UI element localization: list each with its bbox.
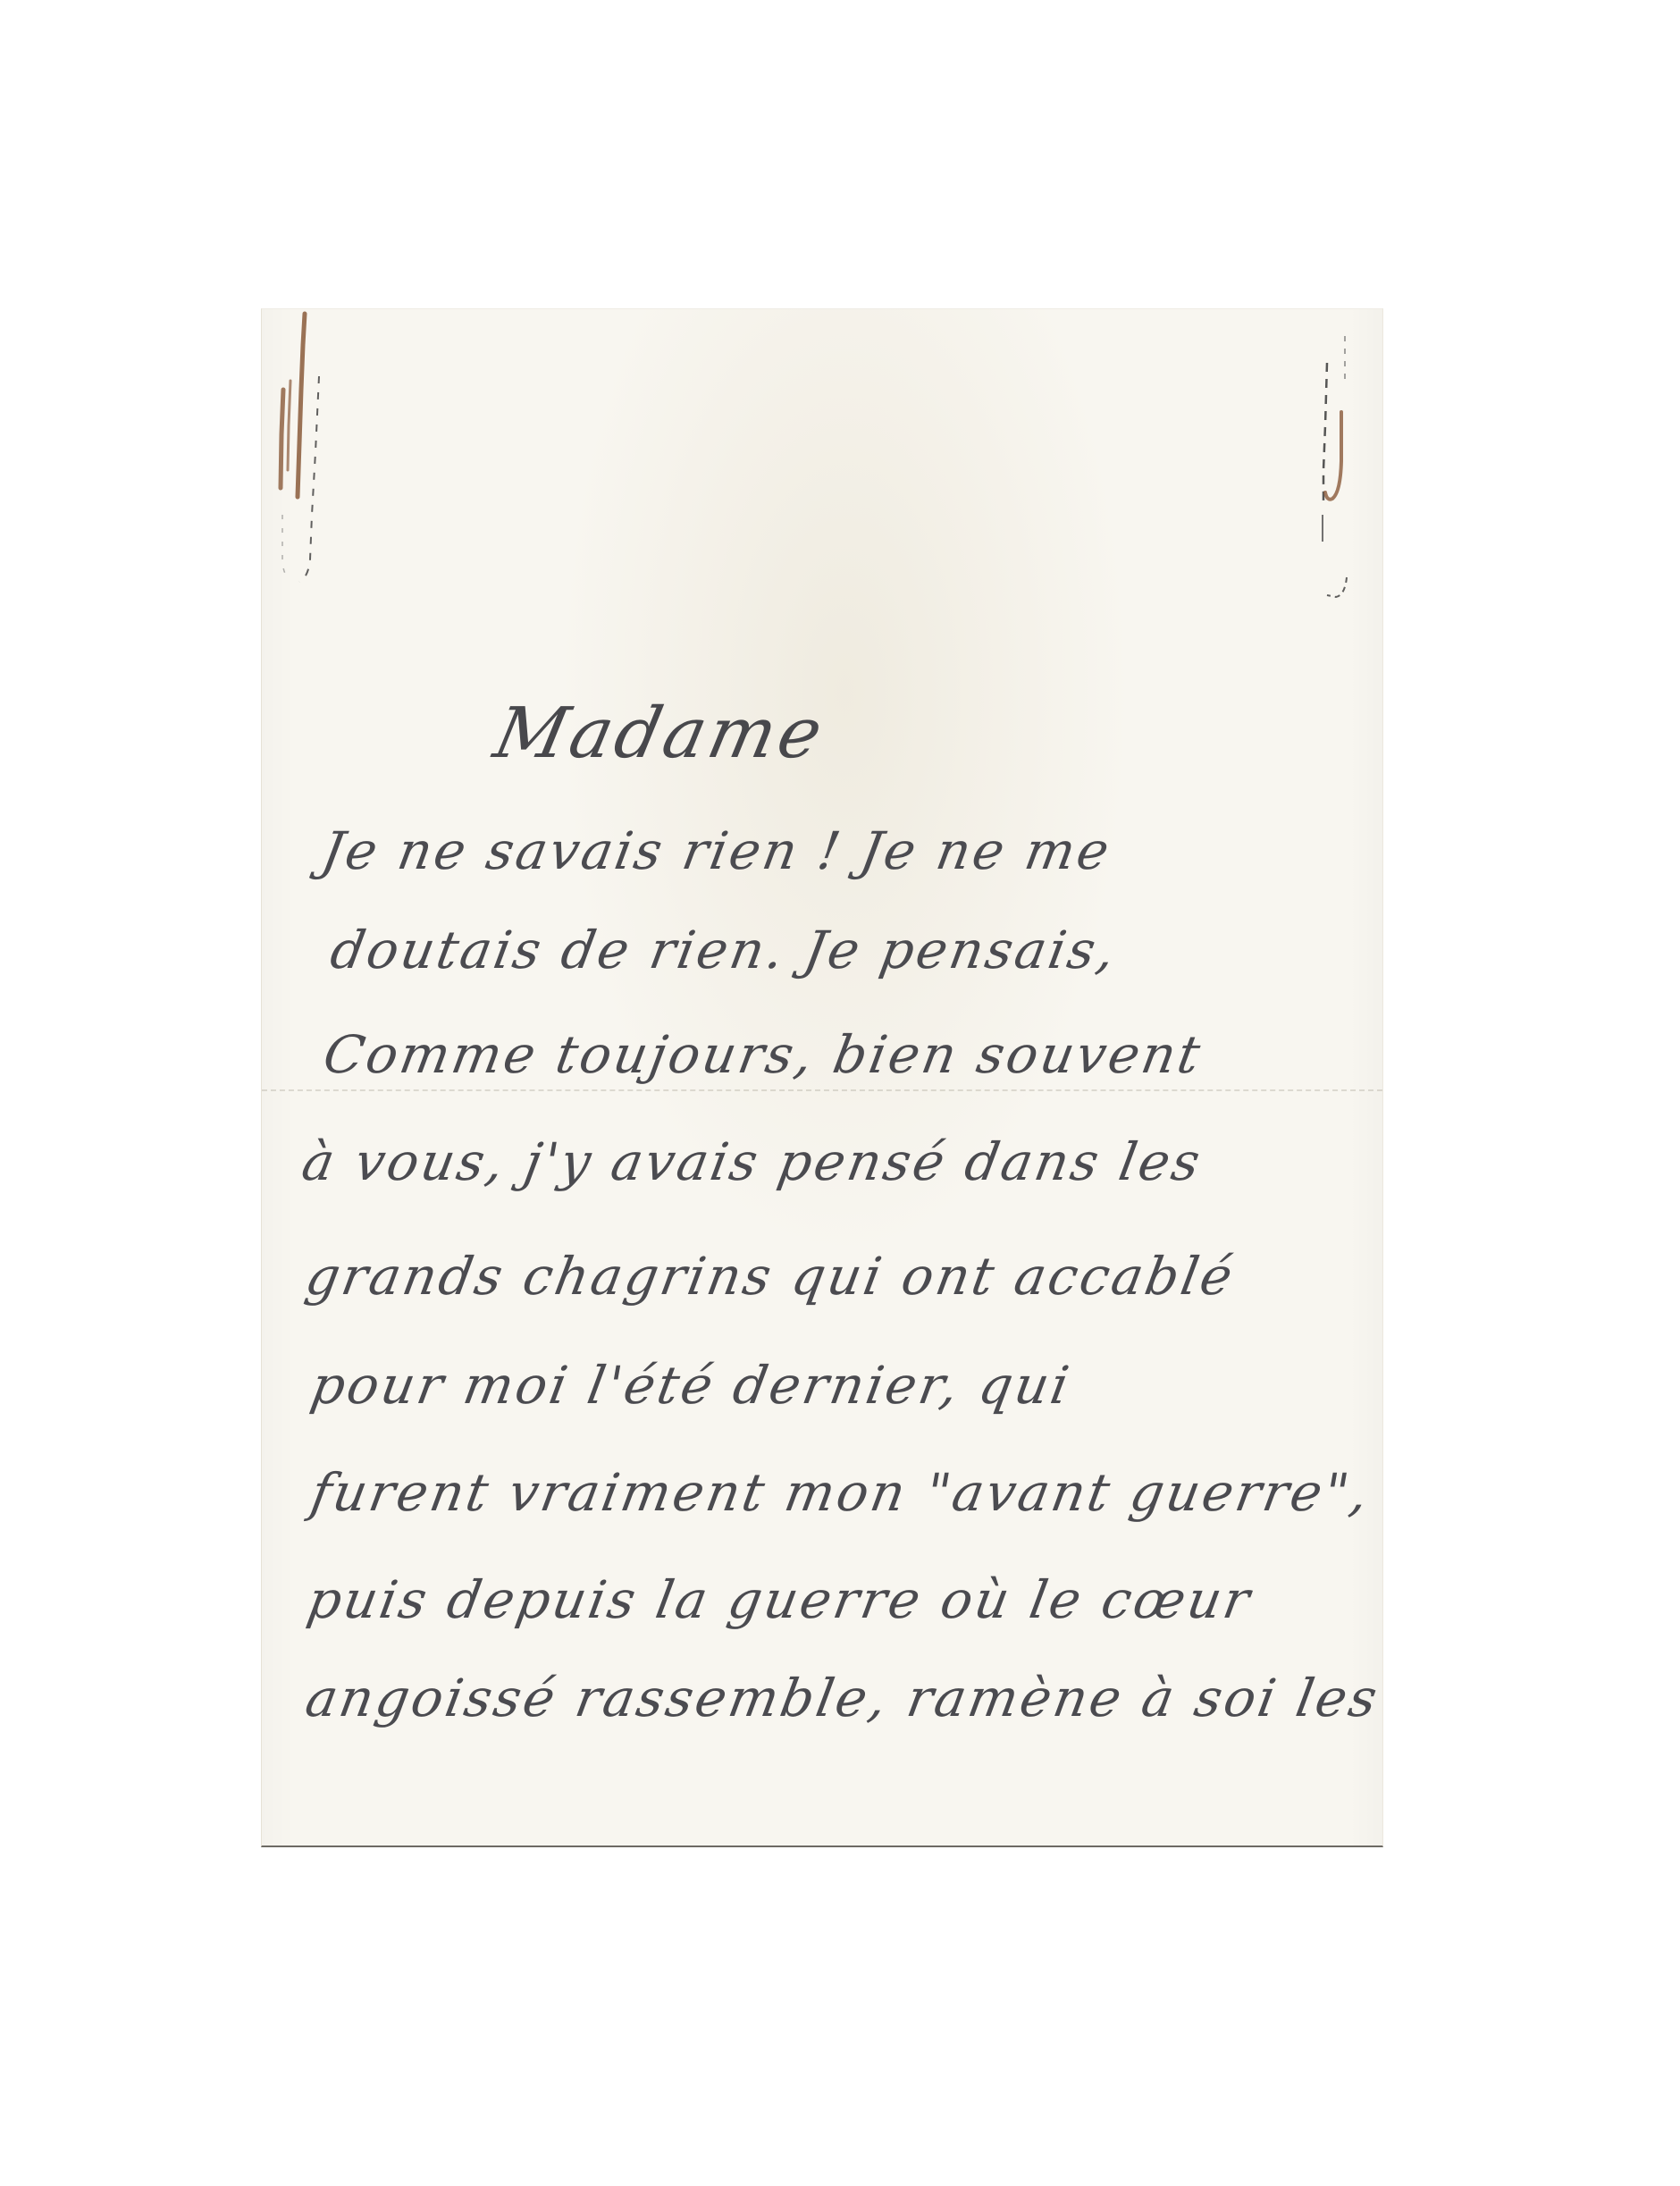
letter-line-4: à vous, j'y avais pensé dans les xyxy=(298,1131,1207,1192)
letter-line-2: doutais de rien. Je pensais, xyxy=(326,920,1122,980)
letter-line-7: furent vraiment mon "avant guerre", xyxy=(307,1462,1375,1523)
letter-line-6: pour moi l'été dernier, qui xyxy=(307,1355,1076,1416)
salutation: Madame xyxy=(487,694,832,774)
letter-page: Madame Je ne savais rien ! Je ne me dout… xyxy=(261,308,1383,1847)
letter-line-8: puis depuis la guerre où le cœur xyxy=(303,1569,1256,1630)
letter-line-3: Comme toujours, bien souvent xyxy=(319,1024,1207,1085)
letter-line-1: Je ne savais rien ! Je ne me xyxy=(317,820,1116,881)
letter-body: Madame Je ne savais rien ! Je ne me dout… xyxy=(262,309,1382,1845)
letter-line-5: grands chagrins qui ont accablé xyxy=(301,1246,1239,1307)
letter-line-9: angoissé rassemble, ramène à soi les xyxy=(301,1668,1384,1728)
